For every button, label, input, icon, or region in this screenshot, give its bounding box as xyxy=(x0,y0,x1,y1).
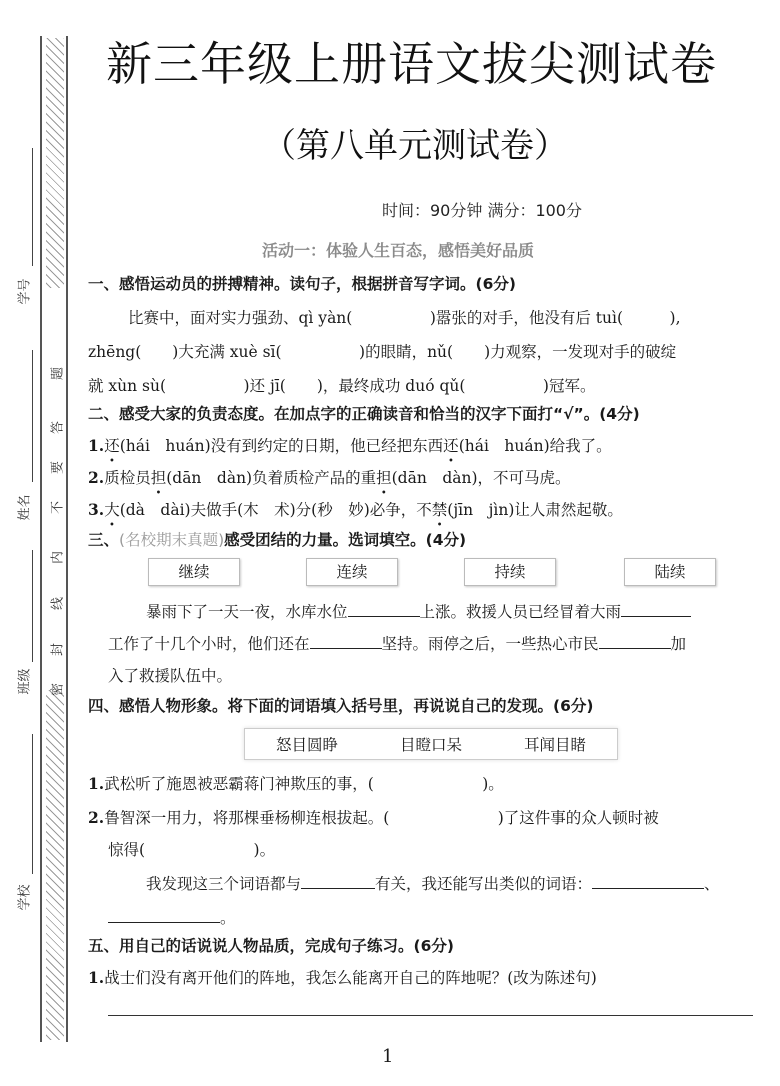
item-number: 2. xyxy=(88,468,104,487)
fill-blank[interactable] xyxy=(348,602,420,617)
item-text: (dān dàn)，不可马虎。 xyxy=(392,469,571,487)
section-5-item-1: 1.战士们没有离开他们的阵地，我怎么能离开自己的阵地呢？(改为陈述句) xyxy=(88,966,597,988)
dotted-char: 大 xyxy=(104,501,120,519)
fill-blank[interactable] xyxy=(310,634,382,649)
section-1-line: zhēng( )大充满 xuè sī( )的眼睛，nǔ( )力观察，一发现对手的… xyxy=(88,340,676,362)
page-title: 新三年级上册语文拔尖测试卷 xyxy=(106,28,746,94)
section-4-discovery-cont: 。 xyxy=(108,906,236,928)
word-bank: 怒目圆睁 目瞪口呆 耳闻目睹 xyxy=(244,728,618,760)
seal-char: 不 xyxy=(47,499,66,517)
school-line[interactable] xyxy=(32,734,33,874)
dotted-char: 还 xyxy=(443,437,459,455)
hatch-bottom xyxy=(46,690,64,1040)
student-id-label: 学号 xyxy=(14,278,33,304)
item-text: (hái huán)没有到约定的日期，他已经把东西 xyxy=(120,437,443,455)
fill-blank[interactable] xyxy=(592,874,704,889)
word-bank-item: 目瞪口呆 xyxy=(400,733,462,755)
school-label: 学校 xyxy=(14,884,33,910)
section-4-heading: 四、感悟人物形象。将下面的词语填入括号里，再说说自己的发现。(6分) xyxy=(88,694,593,716)
page-number: 1 xyxy=(382,1046,393,1067)
section-4-item-1: 1.武松听了施恩被恶霸蒋门神欺压的事，( )。 xyxy=(88,772,504,794)
section-1-line: 比赛中，面对实力强劲、qì yàn( )嚣张的对手，他没有后 tuì( ), xyxy=(128,306,681,328)
line-text: 我发现这三个词语都与 xyxy=(146,875,301,893)
section-2-item-1: 1.还(hái huán)没有到约定的日期，他已经把东西还(hái huán)给… xyxy=(88,434,612,456)
item-number: 3. xyxy=(88,500,104,519)
word-card: 连续 xyxy=(306,558,398,586)
answer-line[interactable] xyxy=(108,1015,753,1016)
seal-char: 答 xyxy=(47,419,66,437)
seal-char: 内 xyxy=(47,549,66,567)
line-text: 工作了十几个小时，他们还在 xyxy=(108,635,310,653)
dotted-char: 禁 xyxy=(432,501,448,519)
item-text: (dà dài)夫做手(木 术)分(秒 妙)必争，不 xyxy=(120,501,432,519)
word-card: 继续 xyxy=(148,558,240,586)
class-label: 班级 xyxy=(14,668,33,694)
item-text: 武松听了施恩被恶霸蒋门神欺压的事，( )。 xyxy=(104,775,504,793)
activity-heading: 活动一：体验人生百态，感悟美好品质 xyxy=(262,238,534,261)
margin-line-right xyxy=(66,36,68,1042)
item-number: 1. xyxy=(88,436,104,455)
word-card: 持续 xyxy=(464,558,556,586)
fill-blank[interactable] xyxy=(621,602,691,617)
section-3-heading: 三、(名校期末真题)感受团结的力量。选词填空。(4分) xyxy=(88,528,466,550)
item-text: (hái huán)给我了。 xyxy=(459,437,612,455)
item-text: (dān dàn)负着质检产品的重 xyxy=(166,469,376,487)
section-5-heading: 五、用自己的话说说人物品质，完成句子练习。(6分) xyxy=(88,934,454,956)
seal-char: 封 xyxy=(47,641,66,659)
section-4-item-2-cont: 惊得( )。 xyxy=(108,838,275,860)
section-1-heading: 一、感悟运动员的拼搏精神。读句子，根据拼音写字词。(6分) xyxy=(88,272,516,294)
line-text: 暴雨下了一天一夜，水库水位 xyxy=(146,603,348,621)
page-subtitle: （第八单元测试卷） xyxy=(262,118,568,167)
fill-blank[interactable] xyxy=(301,874,375,889)
item-number: 1. xyxy=(88,774,104,793)
section-4-item-2: 2.鲁智深一用力，将那棵垂杨柳连根拔起。( )了这件事的众人顿时被 xyxy=(88,806,659,828)
line-text: 加 xyxy=(671,635,687,653)
student-id-line[interactable] xyxy=(32,148,33,266)
section-3-line: 工作了十几个小时，他们还在坚持。雨停之后，一些热心市民加 xyxy=(108,632,686,654)
section-2-item-3: 3.大(dà dài)夫做手(木 术)分(秒 妙)必争，不禁(jīn jìn)让… xyxy=(88,498,623,520)
section-3-line: 暴雨下了一天一夜，水库水位上涨。救援人员已经冒着大雨 xyxy=(146,600,691,622)
name-line[interactable] xyxy=(32,350,33,482)
section-1-line: 就 xùn sù( )还 jī( )，最终成功 duó qǔ( )冠军。 xyxy=(88,374,595,396)
line-text: 、 xyxy=(704,875,720,893)
heading-prefix: 三、 xyxy=(88,531,119,549)
seal-char: 要 xyxy=(47,459,66,477)
margin-line-left xyxy=(40,36,42,1042)
line-text: 上涨。救援人员已经冒着大雨 xyxy=(420,603,622,621)
item-text: 质检员 xyxy=(104,469,151,487)
seal-char: 密 xyxy=(47,681,66,699)
fill-blank[interactable] xyxy=(599,634,671,649)
hatch-top xyxy=(46,38,64,288)
section-4-discovery: 我发现这三个词语都与有关，我还能写出类似的词语：、 xyxy=(146,872,720,894)
section-3-line: 入了救援队伍中。 xyxy=(108,664,232,686)
word-bank-item: 耳闻目睹 xyxy=(524,733,586,755)
item-number: 1. xyxy=(88,968,104,987)
exam-meta: 时间：90分钟 满分：100分 xyxy=(382,198,582,221)
dotted-char: 还 xyxy=(104,437,120,455)
source-tag: (名校期末真题) xyxy=(119,531,224,549)
dotted-char: 担 xyxy=(376,469,392,487)
heading-text: 感受团结的力量。选词填空。(4分) xyxy=(224,531,466,549)
item-text: 战士们没有离开他们的阵地，我怎么能离开自己的阵地呢？(改为陈述句) xyxy=(104,969,597,987)
line-text: 。 xyxy=(220,909,236,927)
line-text: 坚持。雨停之后，一些热心市民 xyxy=(382,635,599,653)
dotted-char: 担 xyxy=(151,469,167,487)
word-bank-item: 怒目圆睁 xyxy=(276,733,338,755)
fill-blank[interactable] xyxy=(108,908,220,923)
word-card: 陆续 xyxy=(624,558,716,586)
name-label: 姓名 xyxy=(14,494,33,520)
item-number: 2. xyxy=(88,808,104,827)
item-text: 鲁智深一用力，将那棵垂杨柳连根拔起。( )了这件事的众人顿时被 xyxy=(104,809,659,827)
section-2-item-2: 2.质检员担(dān dàn)负着质检产品的重担(dān dàn)，不可马虎。 xyxy=(88,466,571,488)
item-text: (jīn jìn)让人肃然起敬。 xyxy=(447,501,623,519)
seal-char: 题 xyxy=(47,365,66,383)
class-line[interactable] xyxy=(32,550,33,662)
line-text: 有关，我还能写出类似的词语： xyxy=(375,875,592,893)
section-2-heading: 二、感受大家的负责态度。在加点字的正确读音和恰当的汉字下面打“√”。(4分) xyxy=(88,402,640,424)
seal-char: 线 xyxy=(47,595,66,613)
